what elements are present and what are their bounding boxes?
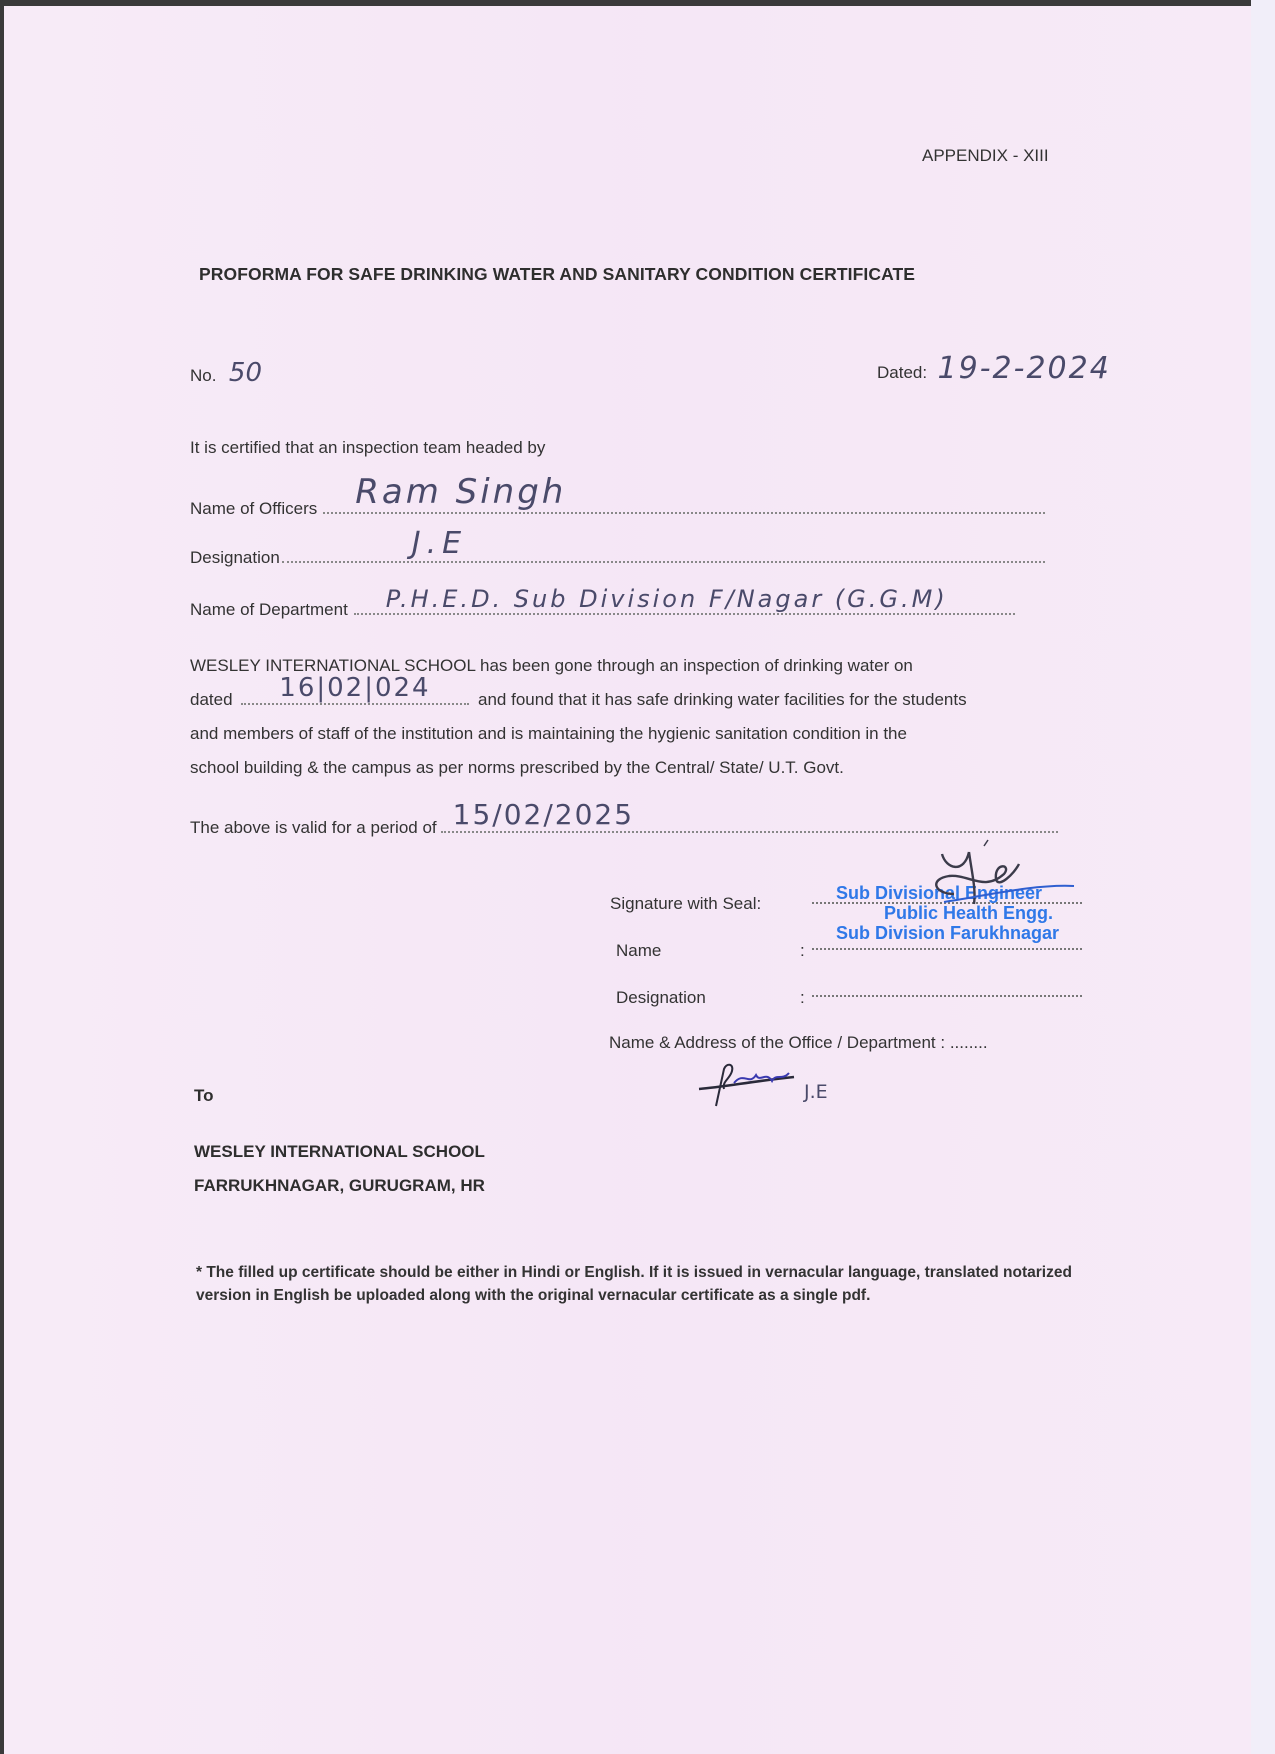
- date-value: 19-2-2024: [938, 351, 1111, 386]
- officers-label: Name of Officers: [190, 499, 317, 519]
- certificate-number: No. 50: [190, 358, 262, 388]
- signature-label: Signature with Seal:: [610, 894, 761, 914]
- department-label: Name of Department: [190, 600, 348, 620]
- body-line-3: and members of staff of the institution …: [190, 717, 1090, 751]
- officers-field: Name of Officers Ram Singh: [190, 494, 1045, 519]
- department-field: Name of Department P.H.E.D. Sub Division…: [190, 595, 1015, 620]
- seal-line-3: Sub Division Farukhnagar: [836, 923, 1059, 943]
- date-label: Dated:: [877, 363, 927, 382]
- number-label: No.: [190, 366, 216, 385]
- recipient-line-1: WESLEY INTERNATIONAL SCHOOL: [194, 1142, 485, 1162]
- office-label: Name & Address of the Office / Departmen…: [609, 1033, 988, 1053]
- recipient-line-2: FARRUKHNAGAR, GURUGRAM, HR: [194, 1176, 485, 1196]
- certificate-date: Dated: 19-2-2024: [877, 351, 1111, 386]
- designation-line: [812, 991, 1082, 997]
- appendix-label: APPENDIX - XIII: [922, 146, 1049, 166]
- scan-edge: [1251, 0, 1275, 1754]
- officers-value: Ram Singh: [355, 472, 566, 512]
- certificate-body: WESLEY INTERNATIONAL SCHOOL has been gon…: [190, 649, 1090, 785]
- name-line: [812, 944, 1082, 950]
- validity-label: The above is valid for a period of: [190, 818, 437, 838]
- intro-text: It is certified that an inspection team …: [190, 438, 545, 458]
- designation-value: J.E: [412, 526, 467, 561]
- inspection-date-value: 16|02|024: [279, 671, 430, 705]
- department-value: P.H.E.D. Sub Division F/Nagar (G.G.M): [386, 585, 948, 613]
- designation-label: Designation: [190, 548, 280, 568]
- page-title: PROFORMA FOR SAFE DRINKING WATER AND SAN…: [199, 264, 915, 285]
- body-line-2: dated 16|02|024 and found that it has sa…: [190, 683, 1090, 717]
- certificate-page: APPENDIX - XIII PROFORMA FOR SAFE DRINKI…: [4, 6, 1252, 1754]
- number-value: 50: [229, 358, 262, 388]
- name-label: Name: [616, 941, 661, 961]
- recipient-to: To: [194, 1086, 214, 1106]
- je-signature-icon: [694, 1061, 804, 1111]
- footnote: * The filled up certificate should be ei…: [196, 1261, 1096, 1307]
- designation-field: Designation J.E: [190, 543, 1045, 568]
- office-value: J.E: [804, 1081, 828, 1103]
- designation-label-2: Designation: [616, 988, 706, 1008]
- validity-value: 15/02/2025: [453, 798, 634, 831]
- officer-signature-icon: [924, 834, 1084, 914]
- body-line-4: school building & the campus as per norm…: [190, 751, 1090, 785]
